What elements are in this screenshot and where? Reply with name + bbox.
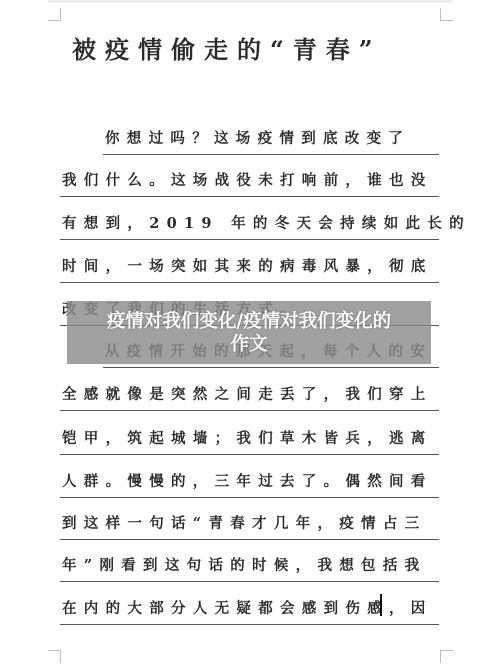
line-text: 铠甲，筑起城墙；我们草木皆兵，逃离 <box>62 427 433 448</box>
line-text: 在内的大部分人无疑都会感到伤感，因 <box>62 597 433 618</box>
text-cursor <box>380 594 382 616</box>
line-text: 人群。慢慢的，三年过去了。偶然间看 <box>62 470 433 491</box>
overlay-title-line-2: 作文 <box>230 333 267 356</box>
line-text: 时间，一场突如其来的病毒风暴，彻底 <box>62 255 433 276</box>
page-top-edge <box>48 0 452 3</box>
page-corner-mark-top-right <box>440 8 453 21</box>
document-title: 被疫情偷走的“青春” <box>72 30 412 65</box>
title-overlay-banner: 疫情对我们变化/疫情对我们变化的 作文 <box>67 301 431 364</box>
page-corner-mark-bottom-left <box>48 650 61 663</box>
text-line[interactable]: 人群。慢慢的，三年过去了。偶然间看 <box>60 458 439 498</box>
page-corner-mark-bottom-right <box>440 650 453 663</box>
text-line[interactable]: 时间，一场突如其来的病毒风暴，彻底 <box>60 243 439 283</box>
line-text: 到这样一句话“青春才几年，疫情占三 <box>62 512 426 533</box>
text-line[interactable]: 有想到，2019 年的冬天会持续如此长的 <box>60 200 439 240</box>
line-text: 你想过吗？这场疫情到底改变了 <box>105 127 410 148</box>
text-line[interactable]: 我们什么。这场战役未打响前，谁也没 <box>60 157 439 197</box>
overlay-title-line-1: 疫情对我们变化/疫情对我们变化的 <box>107 310 391 333</box>
text-line[interactable]: 在内的大部分人无疑都会感到伤感，因 <box>60 585 439 625</box>
text-line[interactable]: 全感就像是突然之间走丢了，我们穿上 <box>60 371 439 411</box>
line-text: 我们什么。这场战役未打响前，谁也没 <box>62 169 433 190</box>
text-line[interactable]: 到这样一句话“青春才几年，疫情占三 <box>60 500 439 540</box>
text-line[interactable]: 你想过吗？这场疫情到底改变了 <box>103 115 439 155</box>
text-line[interactable]: 年”刚看到这句话的时候，我想包括我 <box>60 542 439 582</box>
line-text: 年”刚看到这句话的时候，我想包括我 <box>62 554 426 575</box>
line-text: 全感就像是突然之间走丢了，我们穿上 <box>62 383 433 404</box>
text-line[interactable]: 铠甲，筑起城墙；我们草木皆兵，逃离 <box>60 415 439 455</box>
page-corner-mark-top-left <box>48 8 61 21</box>
line-text: 有想到，2019 年的冬天会持续如此长的 <box>62 212 471 233</box>
